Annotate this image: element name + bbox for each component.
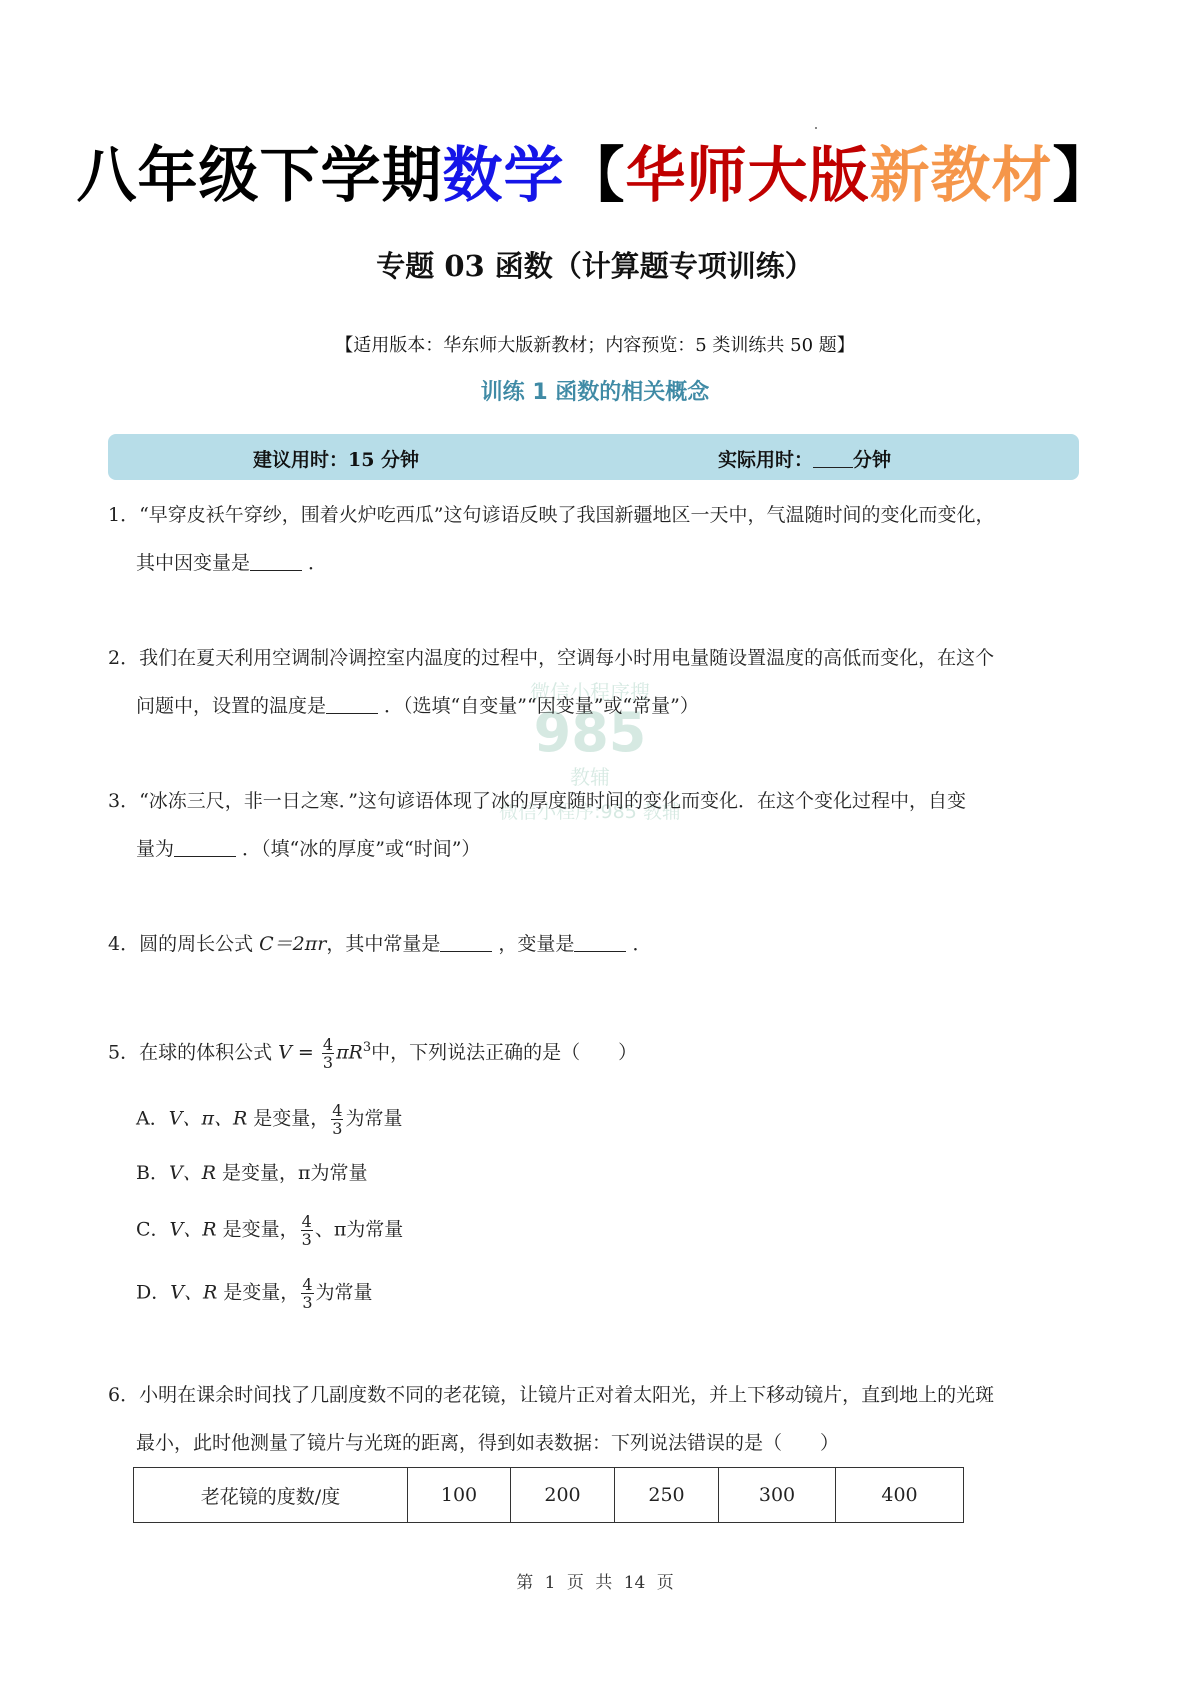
option-vars: V、R (170, 1219, 217, 1241)
numerator: 4 (301, 1213, 313, 1231)
option-label: A． (136, 1108, 169, 1130)
actual-time-label: 实际用时： (718, 449, 813, 471)
table-cell: 300 (719, 1468, 836, 1523)
fraction: 43 (301, 1213, 313, 1248)
question-text: 小明在课余时间找了几副度数不同的老花镜，让镜片正对着太阳光，并上下移动镜片，直到… (139, 1384, 994, 1406)
question-number: 3． (108, 790, 139, 812)
actual-time: 实际用时：分钟 (718, 445, 891, 472)
question-text: ，变量是 (492, 933, 574, 955)
question-text: ． (302, 552, 327, 574)
option-text: 、π为常量 (315, 1219, 404, 1241)
option-text: 为常量 (345, 1108, 402, 1130)
question-2: 2．我们在夏天利用空调制冷调控室内温度的过程中，空调每小时用电量随设置温度的高低… (108, 634, 1098, 730)
formula: πR (336, 1041, 363, 1063)
suggested-time: 建议用时：15 分钟 (253, 445, 419, 472)
answer-blank[interactable] (174, 838, 236, 857)
question-text: 我们在夏天利用空调制冷调控室内温度的过程中，空调每小时用电量随设置温度的高低而变… (139, 647, 994, 669)
question-number: 4． (108, 933, 139, 955)
exponent: 3 (363, 1040, 371, 1055)
question-1: 1．“早穿皮袄午穿纱，围着火炉吃西瓜”这句谚语反映了我国新疆地区一天中，气温随时… (108, 491, 1098, 587)
title-part-bracket-close: 】 (1053, 141, 1114, 211)
numerator: 4 (301, 1276, 313, 1294)
option-vars: V、R (170, 1282, 217, 1304)
question-text: ．（填“冰的厚度”或“时间”） (236, 838, 480, 860)
table-header-cell: 老花镜的度数/度 (134, 1468, 408, 1523)
formula: C＝2πr (259, 933, 326, 955)
question-text: 问题中，设置的温度是 (136, 695, 326, 717)
stray-mark (815, 127, 817, 129)
denominator: 3 (332, 1120, 342, 1137)
document-title: 八年级下学期数学【华师大版新教材】 (0, 138, 1190, 214)
option-vars: V、R (169, 1162, 216, 1184)
question-text: “冰冻三尺，非一日之寒．”这句谚语体现了冰的厚度随时间的变化而变化．在这个变化过… (139, 790, 966, 812)
table-cell: 200 (511, 1468, 615, 1523)
question-6: 6．小明在课余时间找了几副度数不同的老花镜，让镜片正对着太阳光，并上下移动镜片，… (108, 1371, 1098, 1467)
option-vars: V、π、R (169, 1108, 248, 1130)
table-cell: 250 (615, 1468, 719, 1523)
question-3: 3．“冰冻三尺，非一日之寒．”这句谚语体现了冰的厚度随时间的变化而变化．在这个变… (108, 777, 1098, 873)
title-part-subject: 数学 (443, 141, 565, 211)
option-a[interactable]: A．V、π、R 是变量，43为常量 (136, 1102, 403, 1137)
option-d[interactable]: D．V、R 是变量，43为常量 (136, 1276, 373, 1311)
question-text: 在球的体积公式 (139, 1041, 278, 1063)
table-cell: 400 (836, 1468, 964, 1523)
lens-data-table: 老花镜的度数/度 100 200 250 300 400 (133, 1467, 964, 1523)
denominator: 3 (302, 1294, 312, 1311)
question-text: 量为 (136, 838, 174, 860)
actual-time-blank[interactable] (813, 449, 853, 468)
table-row: 老花镜的度数/度 100 200 250 300 400 (134, 1468, 964, 1523)
denominator: 3 (302, 1231, 312, 1248)
option-label: D． (136, 1282, 170, 1304)
question-number: 6． (108, 1384, 139, 1406)
question-text: “早穿皮袄午穿纱，围着火炉吃西瓜”这句谚语反映了我国新疆地区一天中，气温随时间的… (139, 504, 994, 526)
option-text: 为常量 (316, 1282, 373, 1304)
option-text: 是变量，π为常量 (216, 1162, 368, 1184)
actual-time-unit: 分钟 (853, 449, 891, 471)
option-text: 是变量， (217, 1282, 299, 1304)
question-5: 5．在球的体积公式 V = 43πR3中，下列说法正确的是（ ） (108, 1024, 1098, 1076)
question-number: 5． (108, 1041, 139, 1063)
title-part-grade: 八年级下学期 (77, 141, 443, 211)
option-text: 是变量， (247, 1108, 329, 1130)
fraction: 43 (301, 1276, 313, 1311)
option-text: 是变量， (217, 1219, 299, 1241)
title-part-edition: 华师大版 (626, 141, 870, 211)
version-note: 【适用版本：华东师大版新教材；内容预览：5 类训练共 50 题】 (0, 333, 1190, 359)
question-text: ．（选填“自变量”“因变量”或“常量”） (378, 695, 699, 717)
topic-subtitle: 专题 03 函数（计算题专项训练） (0, 246, 1190, 286)
option-label: C． (136, 1219, 170, 1241)
question-text: ，其中常量是 (326, 933, 440, 955)
answer-blank[interactable] (250, 552, 302, 571)
question-text: 中，下列说法正确的是（ ） (371, 1041, 637, 1063)
formula: V = (278, 1041, 320, 1063)
page-footer: 第 1 页 共 14 页 (0, 1568, 1190, 1593)
question-4: 4．圆的周长公式 C＝2πr，其中常量是 ，变量是 ． (108, 920, 1098, 968)
section-title: 训练 1 函数的相关概念 (0, 377, 1190, 409)
fraction: 43 (322, 1036, 334, 1071)
option-c[interactable]: C．V、R 是变量，43、π为常量 (136, 1213, 403, 1248)
question-text: ． (626, 933, 651, 955)
time-bar: 建议用时：15 分钟 实际用时：分钟 (108, 434, 1079, 480)
numerator: 4 (322, 1036, 334, 1054)
numerator: 4 (331, 1102, 343, 1120)
answer-blank[interactable] (574, 933, 626, 952)
question-number: 2． (108, 647, 139, 669)
option-label: B． (136, 1162, 169, 1184)
fraction: 43 (331, 1102, 343, 1137)
option-b[interactable]: B．V、R 是变量，π为常量 (136, 1158, 368, 1188)
question-text: 最小，此时他测量了镜片与光斑的距离，得到如表数据：下列说法错误的是（ ） (108, 1419, 1098, 1467)
denominator: 3 (323, 1054, 333, 1071)
answer-blank[interactable] (440, 933, 492, 952)
title-part-bracket-open: 【 (565, 141, 626, 211)
answer-blank[interactable] (326, 695, 378, 714)
title-part-new-textbook: 新教材 (870, 141, 1053, 211)
question-text: 圆的周长公式 (139, 933, 259, 955)
question-text: 其中因变量是 (136, 552, 250, 574)
question-number: 1． (108, 504, 139, 526)
table-cell: 100 (408, 1468, 511, 1523)
